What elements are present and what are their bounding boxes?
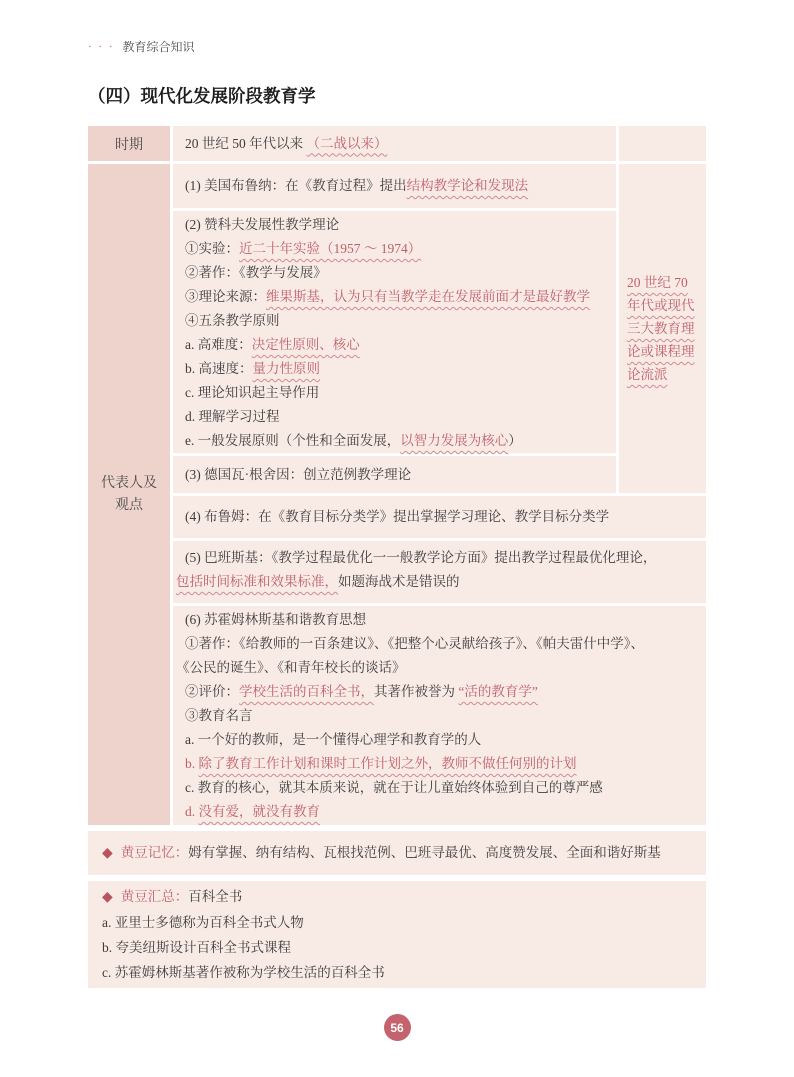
text-segment: 观点 [115,498,143,513]
text-segment: 决定性原则、核心 [252,337,360,352]
page-number: 56 [390,1021,403,1035]
text-line: 代表人及 [101,473,157,495]
text-line: ①实验：近二十年实验（1957 ～ 1974） [173,237,616,261]
text-segment: “活的教育学” [458,684,537,699]
text-line: (3) 德国瓦·根舍因：创立范例教学理论 [173,463,616,487]
text-segment: (6) 苏霍姆林斯基和谐教育思想 [185,612,366,627]
text-line: b. 高速度：量力性原则 [173,357,616,381]
text-segment: ①实验： [185,241,239,256]
text-segment: 三大教育理 [627,321,695,336]
text-line: ③教育名言 [173,704,706,728]
text-line: a. 一个好的教师，是一个懂得心理学和教育学的人 [173,728,706,752]
text-segment: 姆有掌握、纳有结构、瓦根找范例、巴班寻最优、高度赞发展、全面和谐好斯基 [188,845,661,860]
document-page: · · · 教育综合知识 （四）现代化发展阶段教育学 时期 20 世纪 50 年… [0,0,794,1077]
text-line: ◆黄豆记忆：姆有掌握、纳有结构、瓦根找范例、巴班寻最优、高度赞发展、全面和谐好斯… [88,841,706,866]
row-wagenschein: (3) 德国瓦·根舍因：创立范例教学理论 [173,456,616,493]
content-table: 时期 20 世纪 50 年代以来 （二战以来） 代表人及观点 (1) 美国布鲁纳… [88,126,706,825]
row-bloom: (4) 布鲁姆：在《教育目标分类学》提出掌握学习理论、教学目标分类学 [173,496,706,538]
text-segment: 20 世纪 70 [627,275,688,290]
text-line: a. 高难度：决定性原则、核心 [173,333,616,357]
page-header: · · · 教育综合知识 [0,0,794,55]
diamond-icon: ◆ [102,890,113,905]
text-segment: （二战以来） [307,136,388,151]
text-line: (1) 美国布鲁纳：在《教育过程》提出结构教学论和发现法 [173,174,616,198]
text-segment: 黄豆汇总： [121,889,189,904]
text-line: d. 理解学习过程 [173,405,616,429]
text-line: b. 夸美纽斯设计百科全书式课程 [88,935,706,960]
text-segment: 20 世纪 50 年代以来 [185,136,307,151]
text-line: c. 苏霍姆林斯基著作被称为学校生活的百科全书 [88,960,706,985]
text-segment: d. 理解学习过程 [185,409,280,424]
text-segment: (2) 赞科夫发展性教学理论 [185,217,339,232]
text-line: 20 世纪 50 年代以来 （二战以来） [173,132,616,156]
page-number-badge: 56 [384,1014,411,1041]
period-label-cell: 时期 [88,126,170,161]
text-segment: (4) 布鲁姆：在《教育目标分类学》提出掌握学习理论、教学目标分类学 [185,509,609,524]
text-segment: ②评价： [185,684,239,699]
text-segment: a. 亚里士多德称为百科全书式人物 [102,915,304,930]
text-segment: ③理论来源： [185,289,266,304]
diamond-icon: ◆ [102,846,113,861]
text-segment: 代表人及 [101,476,157,491]
text-line: ②著作：《教学与发展》 [173,261,616,285]
text-segment: 包括时间标准和效果标准， [176,574,338,589]
text-segment: ②著作：《教学与发展》 [185,265,327,280]
text-segment: 年代或现代 [627,298,695,313]
text-segment: 《公民的诞生》、《和青年校长的谈话》 [176,660,406,675]
text-line: c. 教育的核心，就其本质来说，就在于让儿童始终体验到自己的尊严感 [173,776,706,800]
text-segment: 以智力发展为核心 [400,433,508,448]
text-line: ③理论来源：维果斯基，认为只有当教学走在发展前面才是最好教学 [173,285,616,309]
text-segment: 论或课程理 [627,344,695,359]
text-segment: e. 一般发展原则（个性和全面发展， [185,433,400,448]
main-table: 时期 20 世纪 50 年代以来 （二战以来） 代表人及观点 (1) 美国布鲁纳… [88,126,706,825]
side-note-cell: 20 世纪 70年代或现代三大教育理论或课程理论流派 [619,164,706,493]
text-line: 论流派 [623,363,702,386]
text-segment: 黄豆记忆： [121,845,189,860]
row-babansky: (5) 巴班斯基：《教学过程最优化一一般教学论方面》提出教学过程最优化理论，包括… [173,541,706,603]
text-segment: d. [185,804,199,819]
header-label: 教育综合知识 [123,38,195,55]
text-line: (5) 巴班斯基：《教学过程最优化一一般教学论方面》提出教学过程最优化理论， [173,546,706,570]
text-segment: 没有爱，就没有教育 [199,804,321,819]
text-segment: a. 一个好的教师，是一个懂得心理学和教育学的人 [185,732,481,747]
text-line: ①著作：《给教师的一百条建议》、《把整个心灵献给孩子》、《帕夫雷什中学》、 [173,632,706,656]
text-segment: ③教育名言 [185,708,253,723]
text-segment: (5) 巴班斯基：《教学过程最优化一一般教学论方面》提出教学过程最优化理论， [185,550,656,565]
text-segment: 其著作被誉为 [374,684,458,699]
text-line: d. 没有爱，就没有教育 [173,800,706,824]
text-segment: (1) 美国布鲁纳：在《教育过程》提出 [185,178,407,193]
text-line: 观点 [115,495,143,517]
text-segment: c. 理论知识起主导作用 [185,385,319,400]
text-segment: ④五条教学原则 [185,313,280,328]
text-line: ④五条教学原则 [173,309,616,333]
text-line: 《公民的诞生》、《和青年校长的谈话》 [173,656,706,680]
text-line: (4) 布鲁姆：在《教育目标分类学》提出掌握学习理论、教学目标分类学 [173,505,706,529]
text-segment: 如题海战术是错误的 [338,574,460,589]
row-bruner: (1) 美国布鲁纳：在《教育过程》提出结构教学论和发现法 [173,164,616,208]
text-segment: 量力性原则 [253,361,321,376]
text-segment: 维果斯基，认为只有当教学走在发展前面才是最好教学 [266,289,590,304]
text-segment: b. 夸美纽斯设计百科全书式课程 [102,940,291,955]
text-segment: c. 教育的核心，就其本质来说，就在于让儿童始终体验到自己的尊严感 [185,780,603,795]
text-line: 20 世纪 70 [623,271,702,294]
text-line: 三大教育理 [623,317,702,340]
dots-icon: · · · [88,41,115,53]
row-zankov: (2) 赞科夫发展性教学理论①实验：近二十年实验（1957 ～ 1974）②著作… [173,211,616,453]
period-value-cell: 20 世纪 50 年代以来 （二战以来） [173,126,616,161]
text-segment: 论流派 [627,367,668,382]
text-line: 包括时间标准和效果标准，如题海战术是错误的 [173,570,706,594]
text-line: 论或课程理 [623,340,702,363]
text-line: ◆黄豆汇总：百科全书 [88,884,706,910]
text-segment: 结构教学论和发现法 [407,178,529,193]
text-line: a. 亚里士多德称为百科全书式人物 [88,910,706,935]
text-segment: 学校生活的百科全书， [239,684,374,699]
text-segment: a. 高难度： [185,337,252,352]
text-segment: 百科全书 [188,889,242,904]
summary-section: ◆黄豆汇总：百科全书a. 亚里士多德称为百科全书式人物b. 夸美纽斯设计百科全书… [88,881,706,988]
text-line: e. 一般发展原则（个性和全面发展，以智力发展为核心） [173,429,616,453]
text-line: 年代或现代 [623,294,702,317]
period-label: 时期 [115,134,143,154]
page-title: （四）现代化发展阶段教育学 [88,83,794,108]
text-line: b. 除了教育工作计划和课时工作计划之外，教师不做任何别的计划 [173,752,706,776]
text-line: ②评价：学校生活的百科全书，其著作被誉为 “活的教育学” [173,680,706,704]
text-line: c. 理论知识起主导作用 [173,381,616,405]
text-segment: (3) 德国瓦·根舍因：创立范例教学理论 [185,467,411,482]
row-sukhomlinsky: (6) 苏霍姆林斯基和谐教育思想①著作：《给教师的一百条建议》、《把整个心灵献给… [173,606,706,825]
text-segment: 近二十年实验（1957 ～ 1974） [239,241,421,256]
memory-section: ◆黄豆记忆：姆有掌握、纳有结构、瓦根找范例、巴班寻最优、高度赞发展、全面和谐好斯… [88,831,706,875]
text-segment: ） [508,433,522,448]
text-segment: b. [185,756,199,771]
text-segment: ①著作：《给教师的一百条建议》、《把整个心灵献给孩子》、《帕夫雷什中学》、 [185,636,644,651]
empty-cell [619,126,706,161]
text-line: (2) 赞科夫发展性教学理论 [173,213,616,237]
representatives-label-cell: 代表人及观点 [88,164,170,825]
text-segment: 除了教育工作计划和课时工作计划之外，教师不做任何别的计划 [199,756,577,771]
text-line: (6) 苏霍姆林斯基和谐教育思想 [173,608,706,632]
text-segment: c. 苏霍姆林斯基著作被称为学校生活的百科全书 [102,965,385,980]
text-segment: b. 高速度： [185,361,253,376]
